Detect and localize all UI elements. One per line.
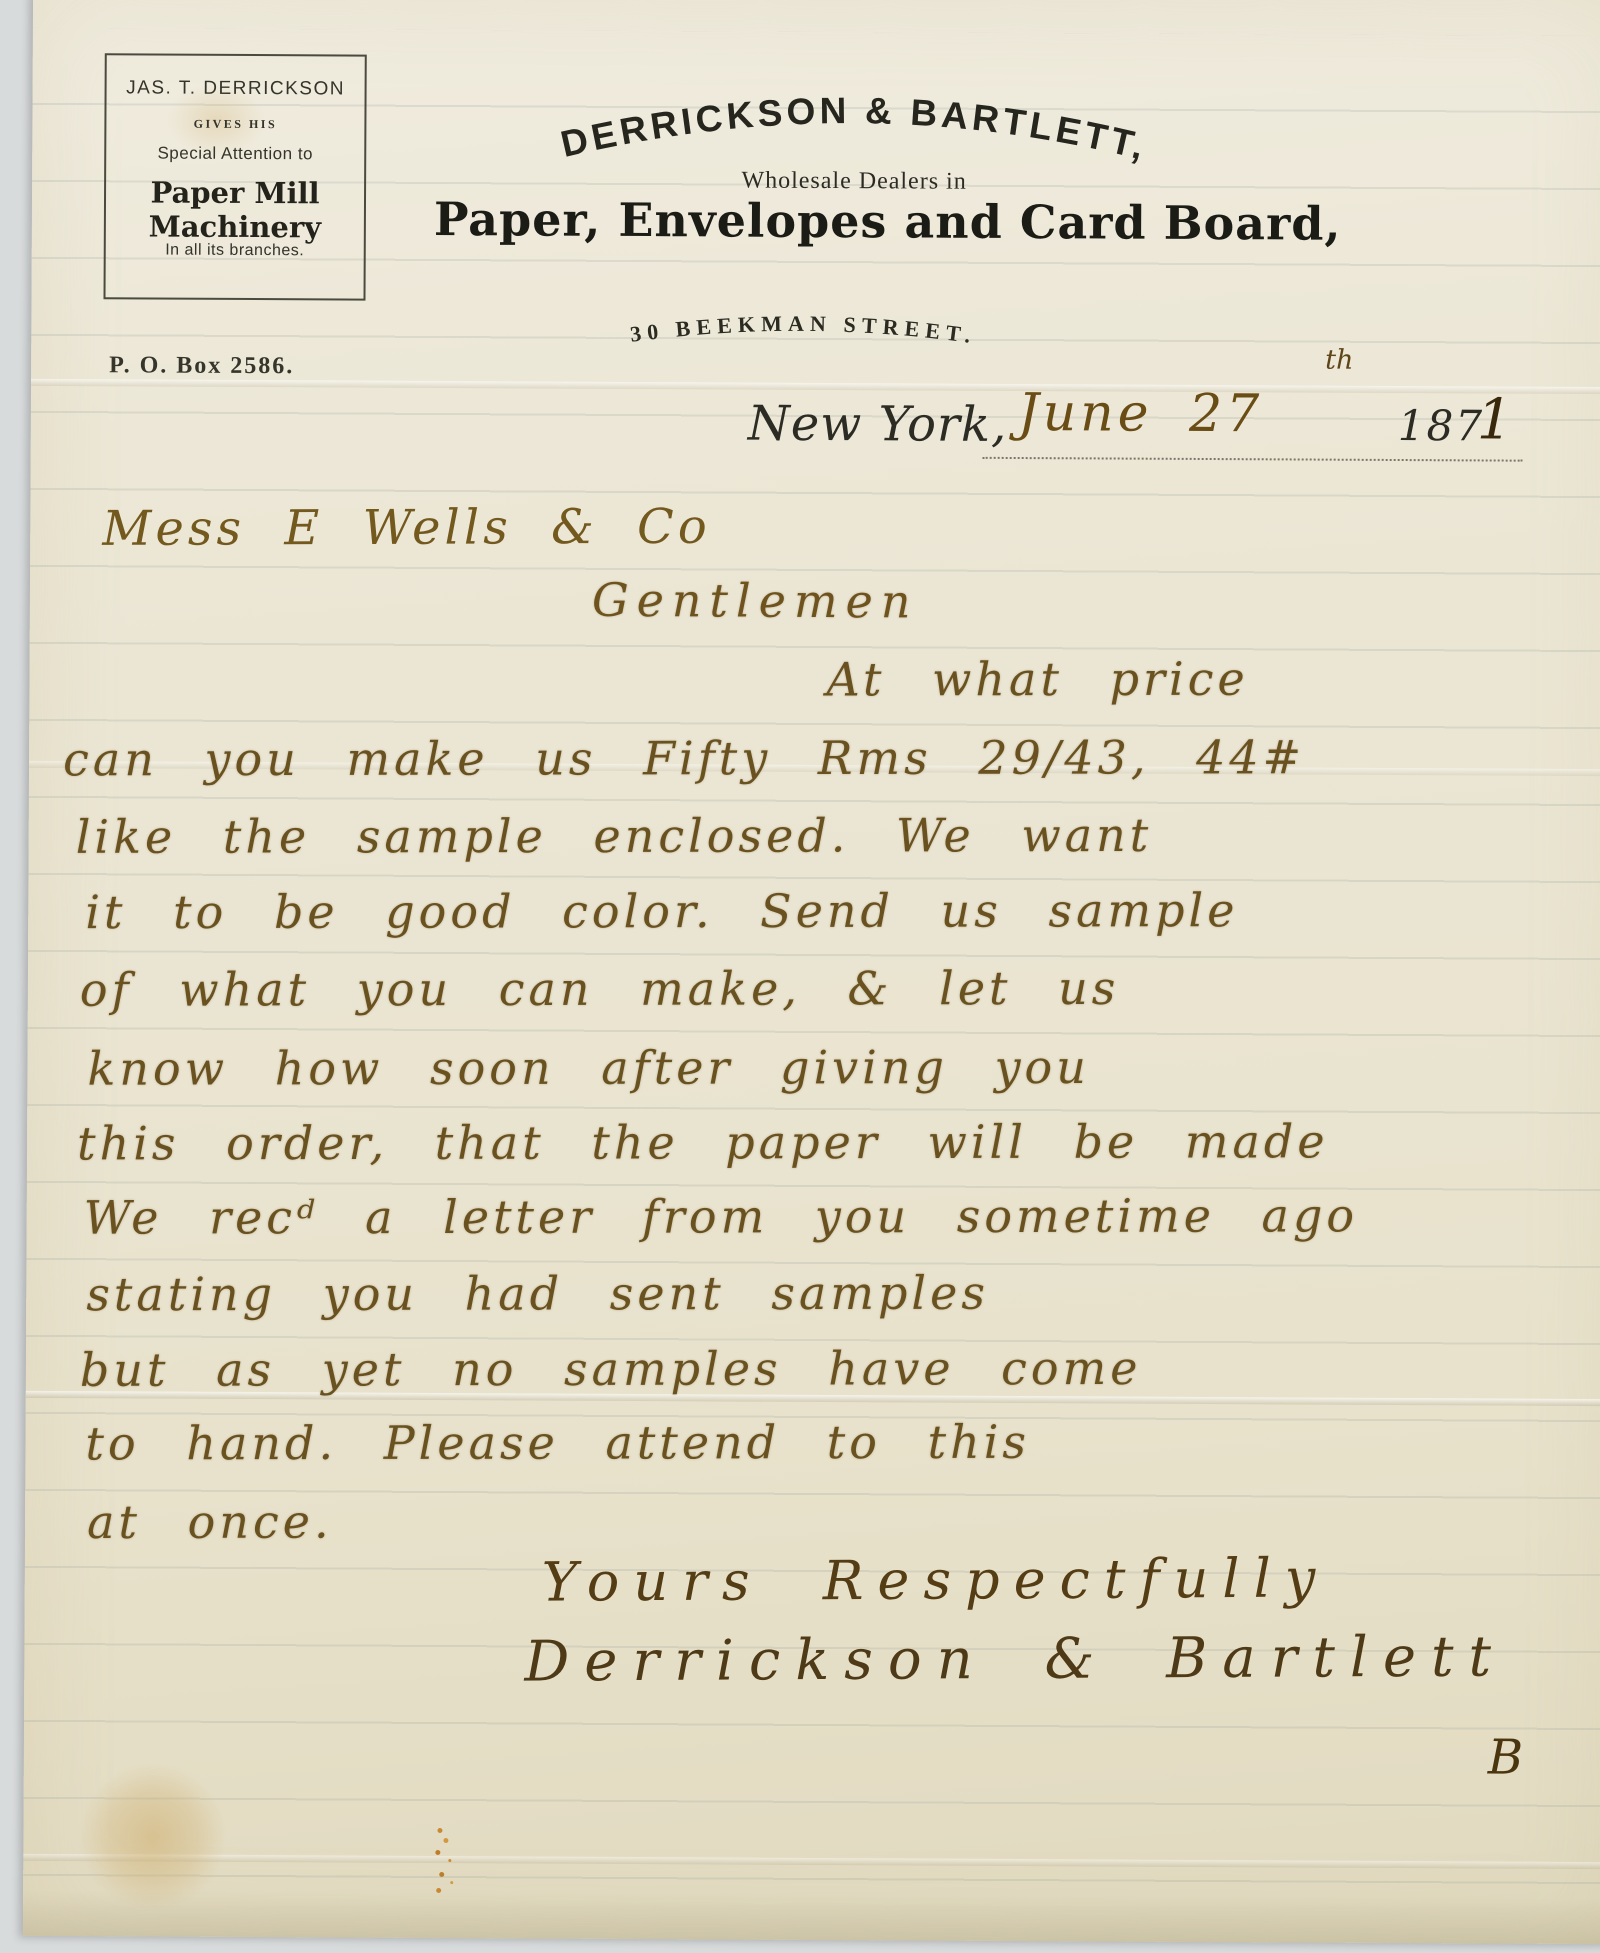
body-line: We recᵈ a letter from you sometime ago <box>84 1188 1358 1244</box>
body-line: this order, that the paper will be made <box>77 1114 1329 1170</box>
paper-sheet: JAS. T. DERRICKSON GIVES HIS Special Att… <box>23 0 1600 1944</box>
body-line: at once. <box>87 1495 333 1549</box>
closing-line: Yours Respectfully <box>542 1547 1330 1614</box>
date-dotted-rule <box>983 457 1523 462</box>
body-line: know how soon after giving you <box>87 1040 1089 1096</box>
scanned-letter-page: { "colors": { "background": "#d8dbdc", "… <box>0 0 1600 1953</box>
letterhead-side-box: JAS. T. DERRICKSON GIVES HIS Special Att… <box>103 53 366 300</box>
body-line: but as yet no samples have come <box>80 1341 1142 1397</box>
city-printed-text: New York, <box>748 396 1008 453</box>
street-address-text: 30 BEEKMAN STREET. <box>628 310 978 349</box>
body-line: can you make us Fifty Rms 29/43, 44# <box>63 730 1305 786</box>
body-line: of what you can make, & let us <box>80 961 1120 1017</box>
signature-initial: B <box>1488 1729 1524 1785</box>
stain-bottom-left <box>80 1764 226 1910</box>
proprietor-name-text: JAS. T. DERRICKSON <box>107 77 365 100</box>
body-line: like the sample enclosed. We want <box>76 808 1153 864</box>
po-box-text: P. O. Box 2586. <box>109 352 294 380</box>
body-line: At what price <box>826 652 1248 707</box>
date-superscript-text: th <box>1325 345 1353 376</box>
fold-crease-bottom <box>23 1854 1600 1869</box>
special-attention-text: Special Attention to <box>106 143 364 164</box>
year-handwritten-digit: 1 <box>1477 387 1513 452</box>
gives-his-text: GIVES HIS <box>106 116 364 132</box>
body-line: it to be good color. Send us sample <box>85 883 1238 939</box>
signature-line: Derrickson & Bartlett <box>524 1624 1506 1694</box>
wholesale-dealers-text: Wholesale Dealers in <box>654 167 1054 196</box>
paper-mill-machinery-text: Paper Mill Machinery <box>106 175 364 244</box>
salutation-line: Gentlemen <box>592 573 919 629</box>
svg-text:DERRICKSON & BARTLETT,: DERRICKSON & BARTLETT, <box>557 89 1152 169</box>
fold-crease-top <box>31 379 1600 394</box>
svg-text:30 BEEKMAN STREET.: 30 BEEKMAN STREET. <box>628 310 978 349</box>
company-name-text: DERRICKSON & BARTLETT, <box>557 89 1152 169</box>
street-address-arch: 30 BEEKMAN STREET. <box>523 296 1083 371</box>
ink-specks <box>437 1828 442 1833</box>
year-printed-text: 187 <box>1398 401 1484 450</box>
branches-text: In all its branches. <box>106 241 364 260</box>
bottom-edge-shadow <box>23 1890 1600 1944</box>
recipient-line: Mess E Wells & Co <box>102 499 711 557</box>
body-line: stating you had sent samples <box>86 1266 989 1322</box>
body-line: to hand. Please attend to this <box>85 1415 1030 1471</box>
date-handwritten-text: June 27 <box>1018 383 1264 444</box>
products-line-text: Paper, Envelopes and Card Board, <box>434 192 1274 250</box>
